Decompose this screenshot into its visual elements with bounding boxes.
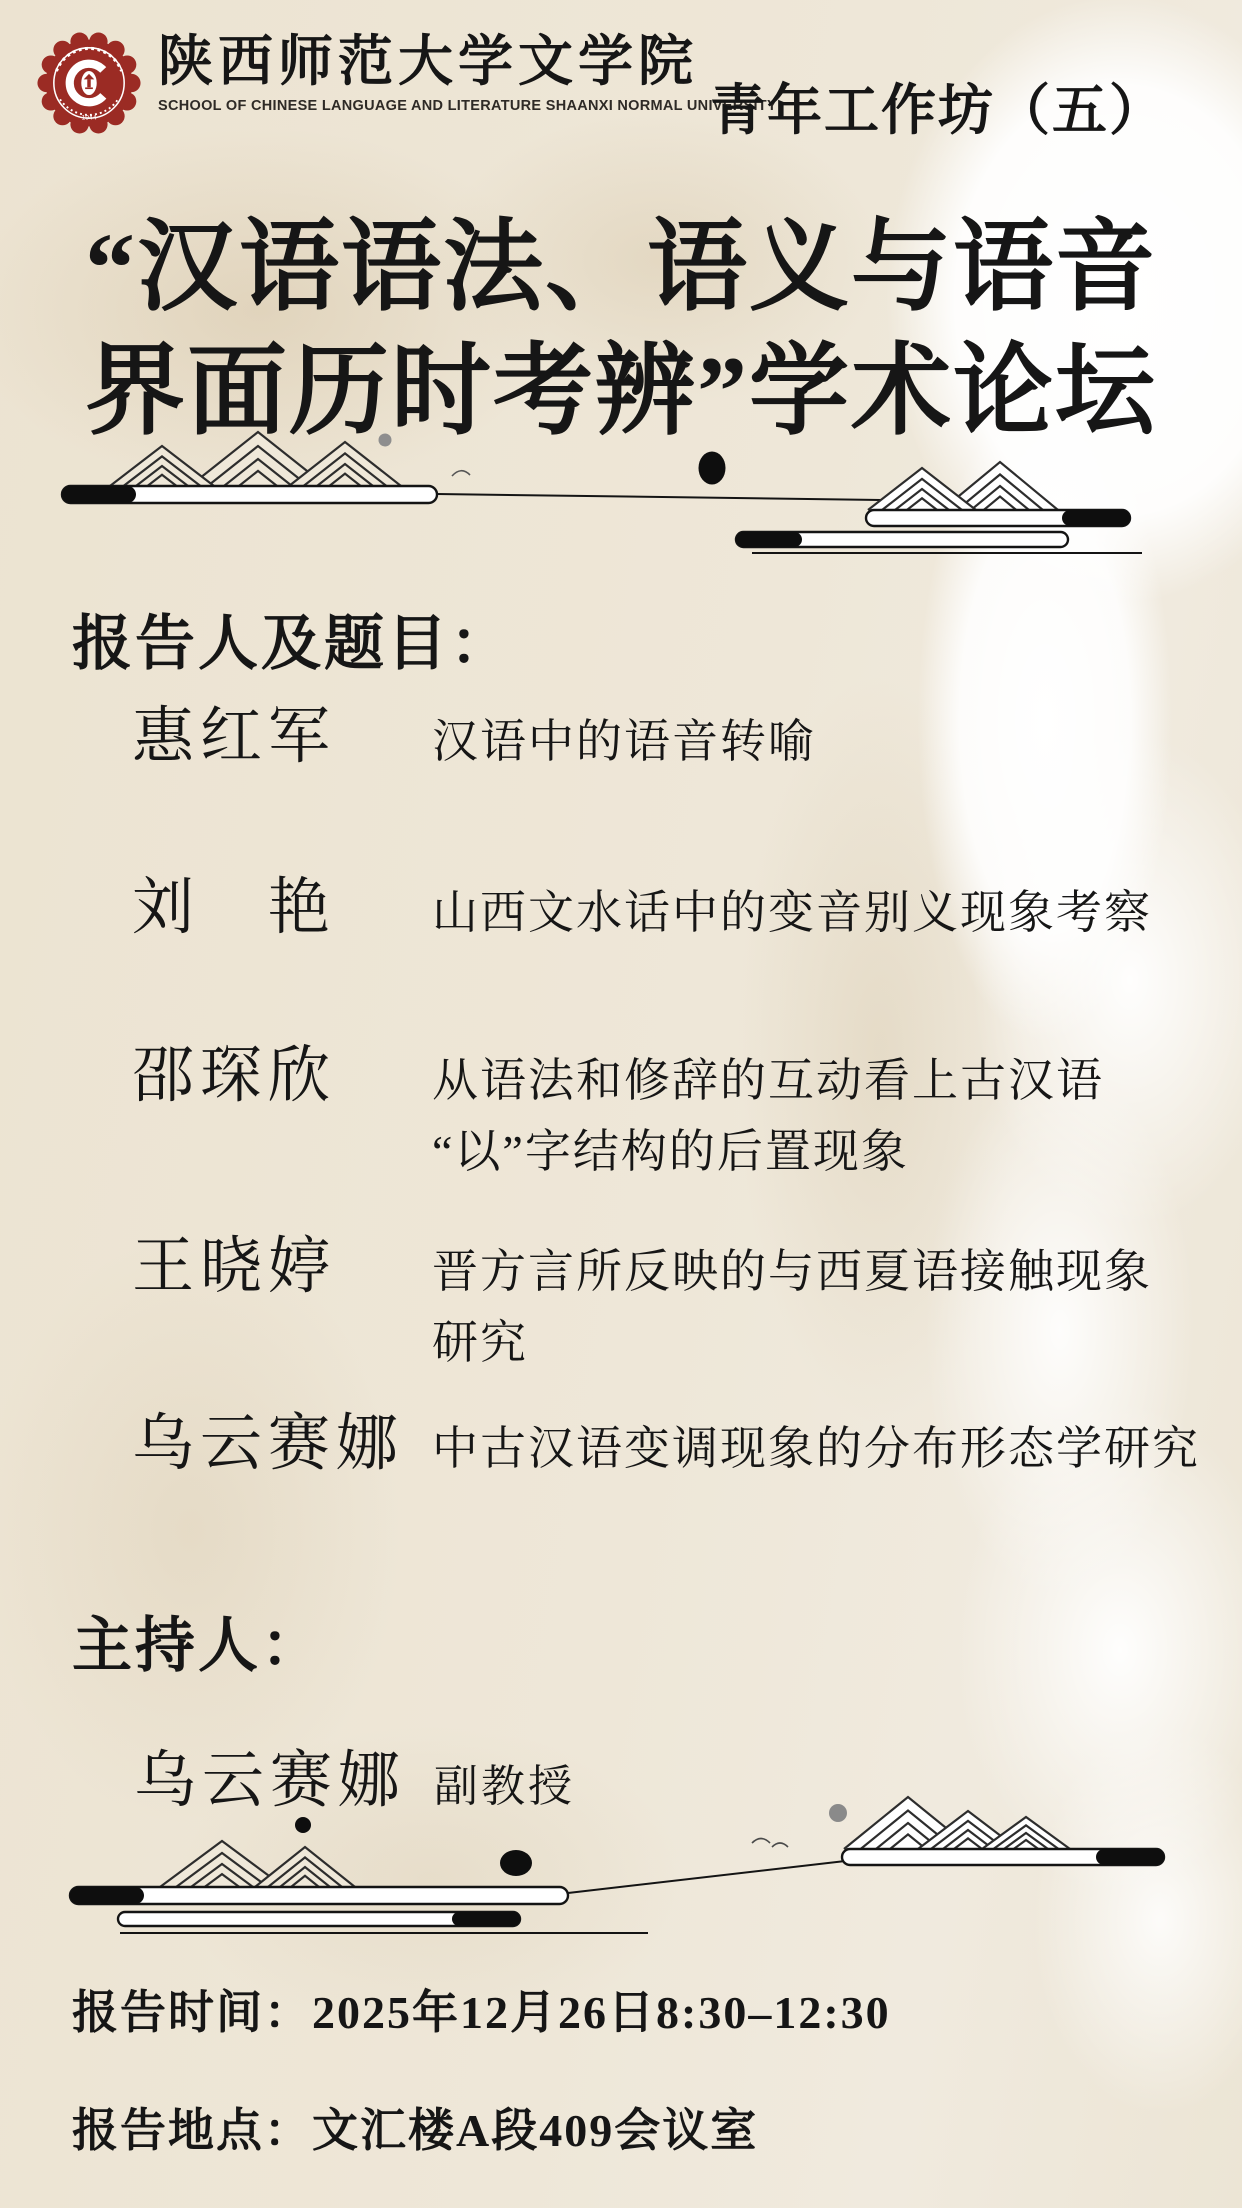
mountain-divider-bottom-icon [0, 1795, 1242, 1937]
mountain-icon [868, 468, 976, 510]
mountain-divider-top-icon [0, 428, 1242, 556]
time-value: 2025年12月26日8:30–12:30 [312, 1987, 891, 2038]
bird-icon [452, 471, 470, 476]
venue-label: 报告地点： [72, 2105, 312, 2156]
mountain-icon [255, 1847, 355, 1887]
speaker-topic: 山西文水话中的变音别义现象考察 [432, 877, 1238, 948]
speaker-topic: 从语法和修辞的互动看上古汉语 “以”字结构的后置现象 [432, 1045, 1238, 1188]
school-text-block: 陕西师范大学文学院 SCHOOL OF CHINESE LANGUAGE AND… [158, 32, 777, 114]
ink-dot-black [699, 452, 726, 485]
speaker-name: 邵琛欣 [132, 1041, 432, 1112]
mountain-icon [110, 446, 214, 486]
speaker-name: 王晓婷 [132, 1232, 432, 1303]
workshop-series-label: 青年工作坊（五） [710, 66, 1166, 145]
speakers-list: 惠红军 汉语中的语音转喻 刘 艳 山西文水话中的变音别义现象考察 邵琛欣 从语法… [132, 702, 1238, 1484]
speaker-row: 王晓婷 晋方言所反映的与西夏语接触现象 研究 [132, 1232, 1238, 1379]
forum-title-line-1: “汉语语法、语义与语音 [20, 206, 1222, 330]
speaker-name: 惠红军 [132, 702, 432, 773]
speaker-row: 邵琛欣 从语法和修辞的互动看上古汉语 “以”字结构的后置现象 [132, 1041, 1238, 1188]
ink-dot-gray [829, 1804, 847, 1822]
forum-poster: 1944 陕西师范大学文学院 SCHOOL OF CHINESE LANGUAG… [0, 0, 1242, 2208]
time-label: 报告时间： [72, 1987, 312, 2038]
speaker-row: 乌云赛娜 中古汉语变调现象的分布形态学研究 [132, 1409, 1238, 1484]
header: 1944 陕西师范大学文学院 SCHOOL OF CHINESE LANGUAG… [36, 30, 1242, 146]
speaker-topic: 汉语中的语音转喻 [432, 706, 1238, 777]
school-name-english: SCHOOL OF CHINESE LANGUAGE AND LITERATUR… [158, 98, 777, 114]
venue-line: 报告地点：文汇楼A段409会议室 [72, 2094, 891, 2160]
school-name: 陕西师范大学文学院 [158, 32, 777, 93]
seal-year: 1944 [82, 115, 97, 122]
birds-icon [752, 1839, 788, 1848]
speaker-row: 惠红军 汉语中的语音转喻 [132, 702, 1238, 777]
mountain-icon [289, 442, 401, 486]
university-seal-icon: 1944 [36, 30, 142, 136]
forum-title: “汉语语法、语义与语音 界面历时考辨”学术论坛 [20, 206, 1222, 454]
ink-dot-gray [379, 434, 392, 447]
ink-dot-black [500, 1850, 532, 1876]
venue-value: 文汇楼A段409会议室 [312, 2105, 758, 2156]
speaker-topic: 晋方言所反映的与西夏语接触现象 研究 [432, 1236, 1238, 1379]
speaker-name: 刘 艳 [132, 873, 432, 944]
time-line: 报告时间：2025年12月26日8:30–12:30 [72, 1976, 891, 2042]
ink-dot-black [295, 1817, 311, 1833]
speakers-heading: 报告人及题目： [72, 596, 513, 682]
speaker-name: 乌云赛娜 [132, 1409, 432, 1480]
speaker-topic: 中古汉语变调现象的分布形态学研究 [432, 1413, 1238, 1484]
event-details: 报告时间：2025年12月26日8:30–12:30 报告地点：文汇楼A段409… [72, 1976, 891, 2160]
host-heading: 主持人： [72, 1598, 324, 1684]
speaker-row: 刘 艳 山西文水话中的变音别义现象考察 [132, 873, 1238, 948]
